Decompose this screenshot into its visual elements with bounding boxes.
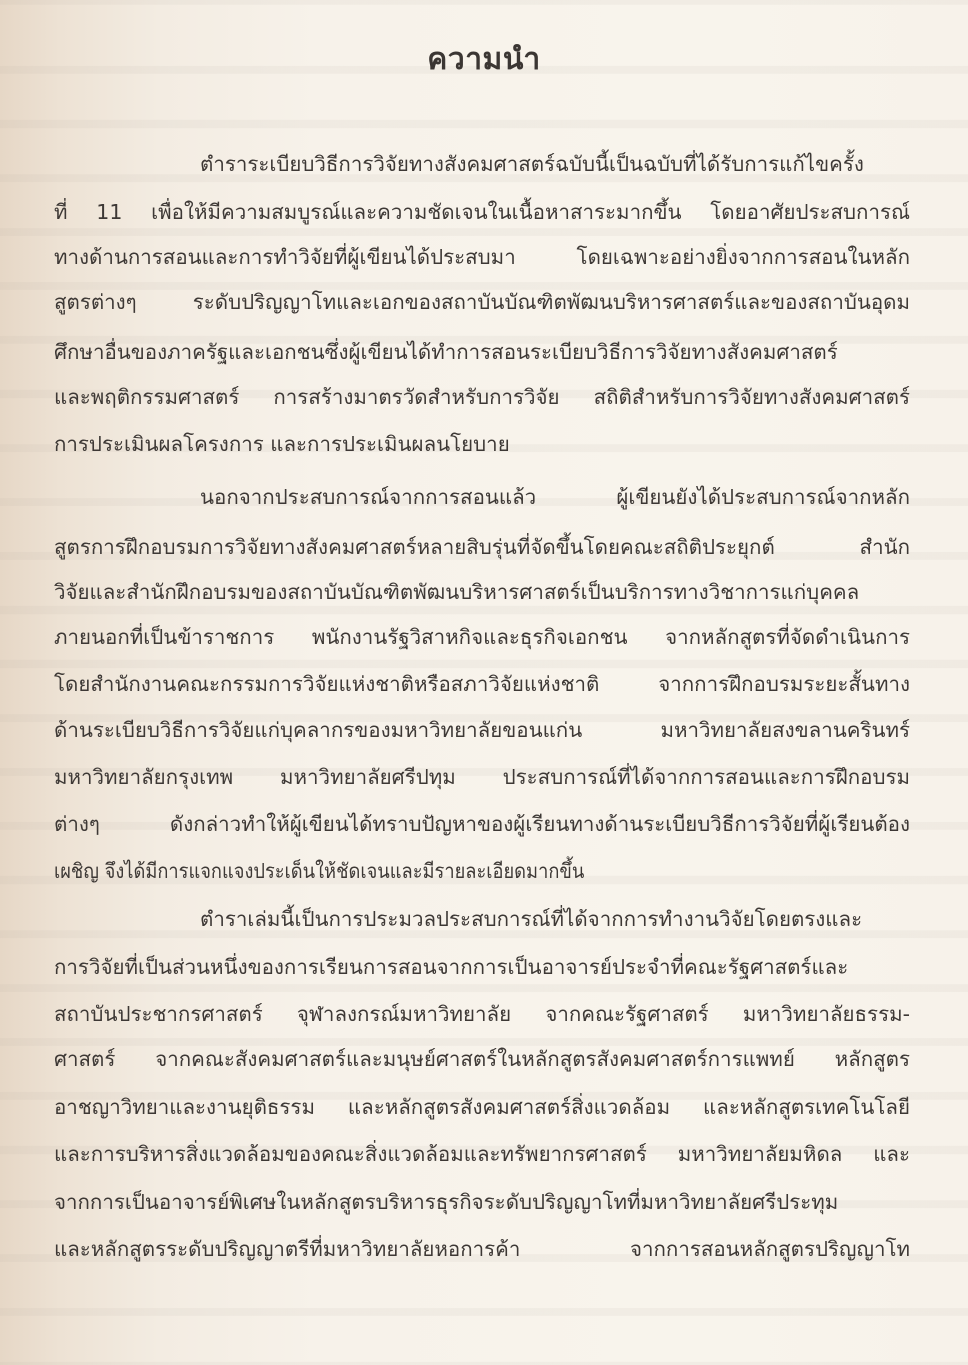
text-line: การวิจัยที่เป็นส่วนหนึ่งของการเรียนการสอ… [54,953,910,981]
text-line: เผชิญ จึงได้มีการแจกแจงประเด็นให้ชัดเจนแ… [54,857,584,885]
text-line: มหาวิทยาลัยกรุงเทพ มหาวิทยาลัยศรีปทุม ปร… [54,763,910,791]
text-line: และการบริหารสิ่งแวดล้อมของคณะสิ่งแวดล้อม… [54,1140,910,1168]
text-line: วิจัยและสำนักฝึกอบรมของสถาบันบัณฑิตพัฒนบ… [54,578,910,606]
text-line: โดยสำนักงานคณะกรรมการวิจัยแห่งชาติหรือสภ… [54,670,910,698]
text-line: สูตรต่างๆ ระดับปริญญาโทและเอกของสถาบันบั… [54,288,910,316]
text-line: สูตรการฝึกอบรมการวิจัยทางสังคมศาสตร์หลาย… [54,533,910,561]
text-line: นอกจากประสบการณ์จากการสอนแล้ว ผู้เขียนยั… [200,483,910,511]
text-line: ที่ 11 เพื่อให้มีความสมบูรณ์และความชัดเจ… [54,198,910,226]
text-line: ภายนอกที่เป็นข้าราชการ พนักงานรัฐวิสาหกิ… [54,623,910,651]
scanned-book-page: ความนำ ตำราระเบียบวิธีการวิจัยทางสังคมศา… [0,0,968,1365]
text-line: ตำราเล่มนี้เป็นการประมวลประสบการณ์ที่ได้… [200,905,910,933]
text-line: การประเมินผลโครงการ และการประเมินผลนโยบา… [54,430,510,458]
text-line: และหลักสูตรระดับปริญญาตรีที่มหาวิทยาลัยห… [54,1235,910,1263]
text-line: ศึกษาอื่นของภาครัฐและเอกชนซึ่งผู้เขียนได… [54,338,910,366]
text-line: สถาบันประชากรศาสตร์ จุฬาลงกรณ์มหาวิทยาลั… [54,1000,910,1028]
text-line: จากการเป็นอาจารย์พิเศษในหลักสูตรบริหารธุ… [54,1188,910,1216]
text-line: อาชญาวิทยาและงานยุติธรรม และหลักสูตรสังค… [54,1093,910,1121]
text-line: ด้านระเบียบวิธีการวิจัยแก่บุคลากรของมหาว… [54,716,910,744]
text-line: ศาสตร์ จากคณะสังคมศาสตร์และมนุษย์ศาสตร์ใ… [54,1045,910,1073]
page-title: ความนำ [0,36,968,83]
text-line: ต่างๆ ดังกล่าวทำให้ผู้เขียนได้ทราบปัญหาข… [54,810,910,838]
text-line: และพฤติกรรมศาสตร์ การสร้างมาตรวัดสำหรับก… [54,383,910,411]
text-line: ตำราระเบียบวิธีการวิจัยทางสังคมศาสตร์ฉบั… [200,150,910,178]
text-line: ทางด้านการสอนและการทำวิจัยที่ผู้เขียนได้… [54,243,910,271]
